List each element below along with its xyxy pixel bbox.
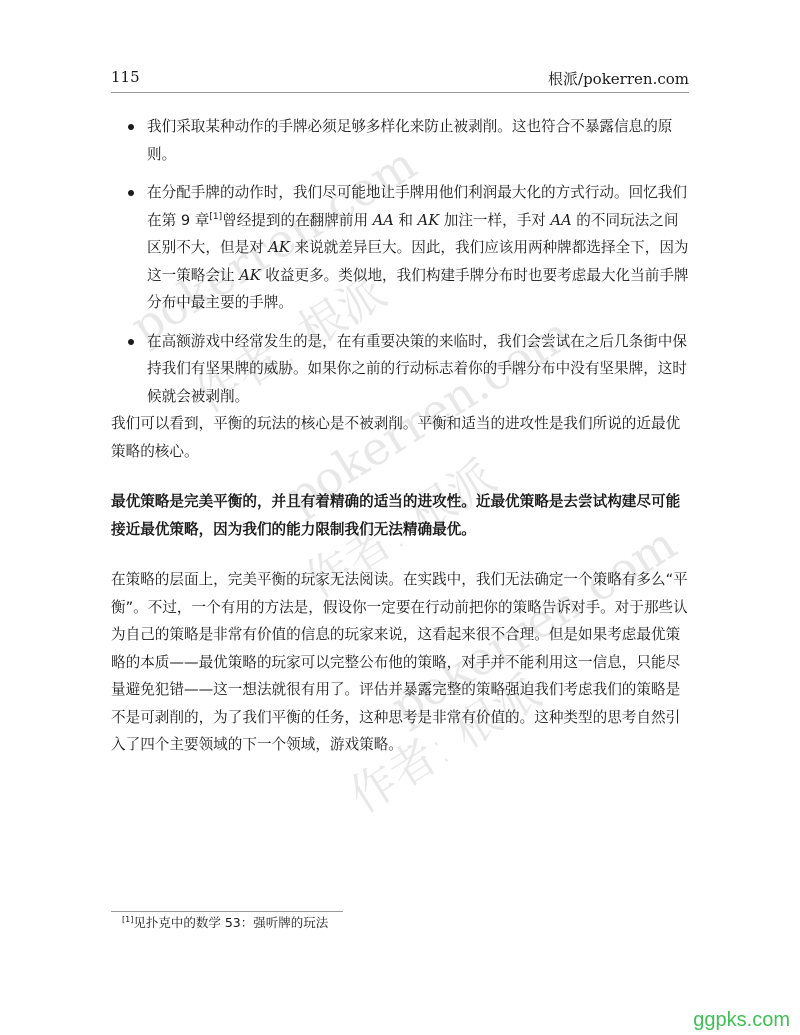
header-site: 根派/pokerren.com — [548, 68, 689, 89]
math-hand-aa: AA — [373, 212, 394, 229]
bullet-text-b: 曾经提到的在翻牌前用 — [222, 212, 373, 229]
bullet-icon — [128, 124, 134, 130]
bullet-icon — [128, 339, 134, 345]
footnote-reference-link[interactable]: [1] — [209, 212, 222, 222]
math-hand-aa: AA — [551, 212, 572, 229]
corner-watermark: ggpks.com — [693, 1009, 790, 1032]
paragraph-strategy-level: 在策略的层面上，完美平衡的玩家无法阅读。在实践中，我们无法确定一个策略有多么“平… — [111, 566, 691, 759]
footnote-marker: [1] — [122, 915, 133, 924]
bullet-list: 我们采取某种动作的手牌必须足够多样化来防止被剥削。这也符合不暴露信息的原则。 在… — [111, 113, 691, 421]
paragraph-balance-core: 我们可以看到，平衡的玩法的核心是不被剥削。平衡和适当的进攻性是我们所说的近最优策… — [111, 410, 691, 465]
page-header: 115 根派/pokerren.com — [111, 68, 689, 90]
bullet-item: 在高额游戏中经常发生的是，在有重要决策的来临时，我们会尝试在之后几条街中保持我们… — [111, 328, 691, 411]
footnote: [1]见扑克中的数学 53：强听牌的玩法 — [122, 913, 328, 933]
paragraph-bold-definition: 最优策略是完美平衡的，并且有着精确的适当的进攻性。近最优策略是去尝试构建尽可能接… — [111, 488, 691, 543]
bullet-text: 我们采取某种动作的手牌必须足够多样化来防止被剥削。这也符合不暴露信息的原则。 — [147, 118, 672, 163]
bullet-text-c: 和 — [394, 212, 418, 229]
math-hand-ak: AK — [239, 267, 260, 284]
page-number: 115 — [111, 68, 140, 86]
math-hand-ak: AK — [418, 212, 439, 229]
header-divider — [111, 92, 689, 93]
bullet-item: 我们采取某种动作的手牌必须足够多样化来防止被剥削。这也符合不暴露信息的原则。 — [111, 113, 691, 168]
footnote-divider — [111, 911, 343, 912]
footnote-text: 见扑克中的数学 53：强听牌的玩法 — [133, 915, 328, 930]
bullet-item: 在分配手牌的动作时，我们尽可能地让手牌用他们利润最大化的方式行动。回忆我们在第 … — [111, 179, 691, 317]
bullet-icon — [128, 190, 134, 196]
bullet-text-d: 加注一样，手对 — [439, 212, 550, 229]
math-hand-ak: AK — [268, 239, 289, 256]
bullet-text: 在高额游戏中经常发生的是，在有重要决策的来临时，我们会尝试在之后几条街中保持我们… — [147, 333, 687, 405]
